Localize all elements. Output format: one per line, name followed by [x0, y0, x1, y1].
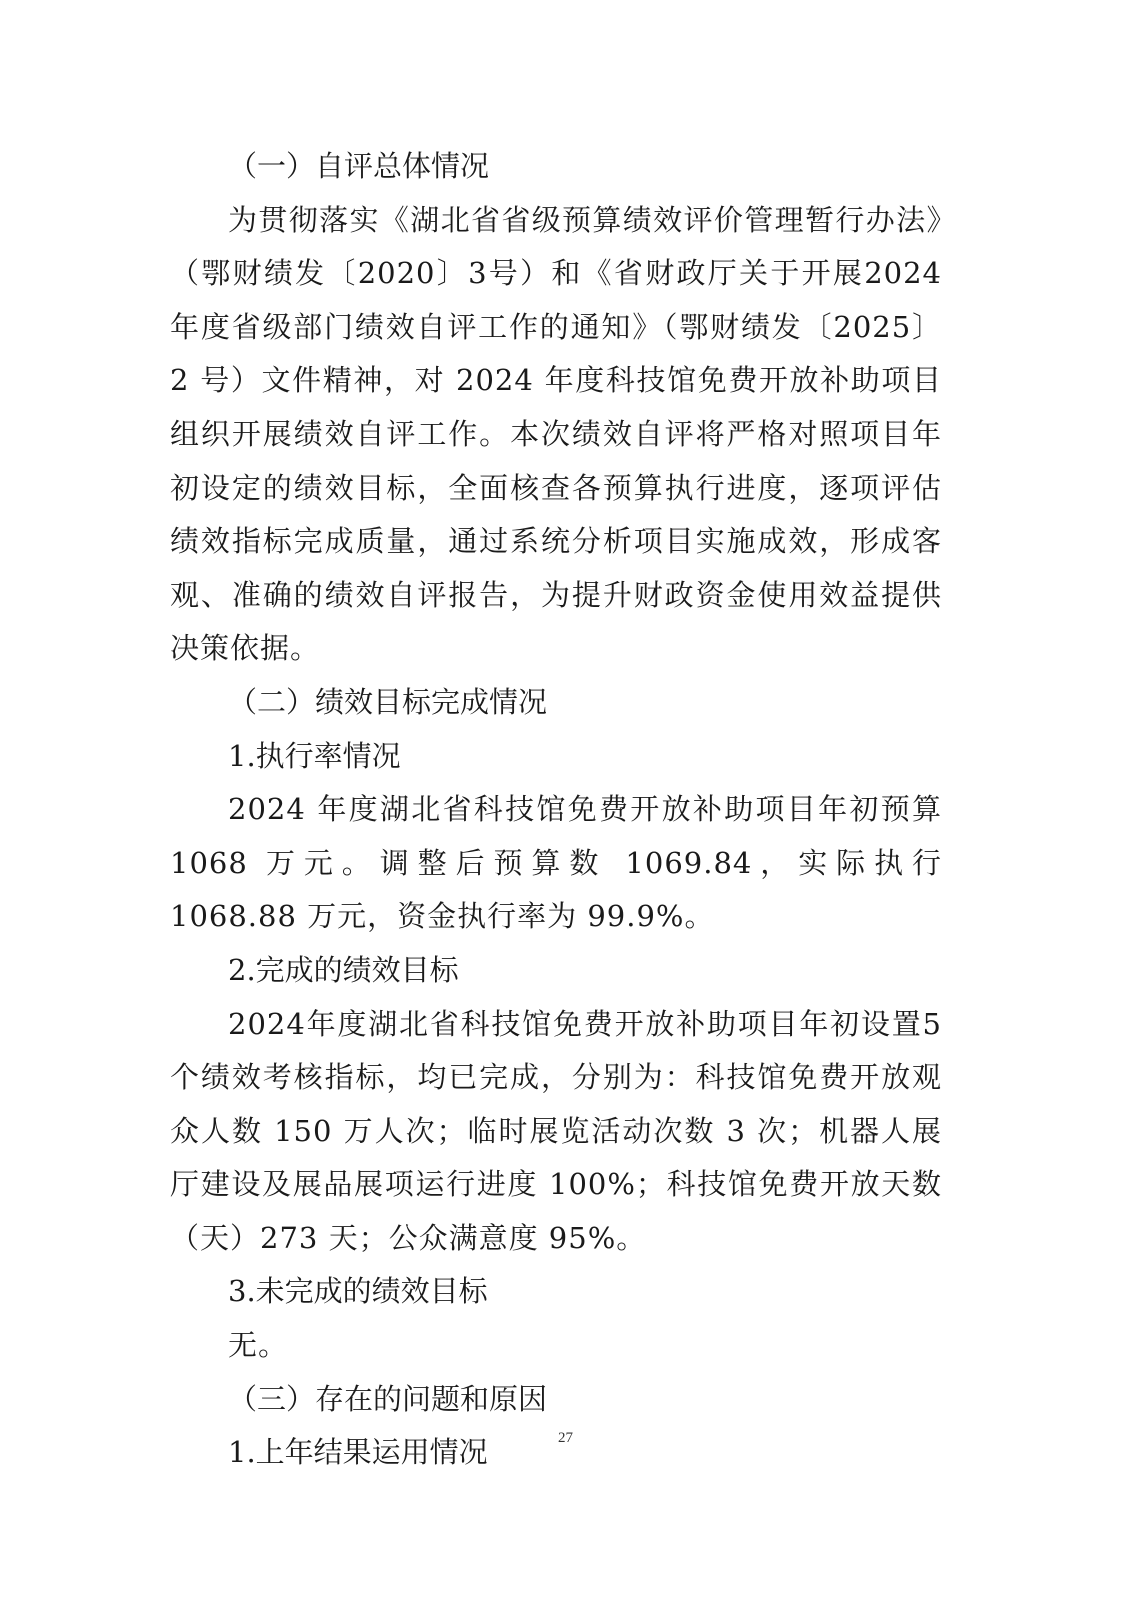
document-page: （一）自评总体情况 为贯彻落实《湖北省省级预算绩效评价管理暂行办法》（鄂财绩发〔…	[170, 140, 942, 1480]
section-heading-self-evaluation: （一）自评总体情况	[170, 140, 942, 194]
subheading-uncompleted-goals: 3.未完成的绩效目标	[170, 1265, 942, 1319]
page-number: 27	[0, 1430, 1131, 1447]
paragraph-uncompleted-goals: 无。	[170, 1319, 942, 1373]
subheading-completed-goals: 2.完成的绩效目标	[170, 944, 942, 998]
section-heading-problems: （三）存在的问题和原因	[170, 1373, 942, 1427]
paragraph-execution-rate: 2024 年度湖北省科技馆免费开放补助项目年初预算1068 万元。调整后预算数 …	[170, 783, 942, 944]
paragraph-self-evaluation: 为贯彻落实《湖北省省级预算绩效评价管理暂行办法》（鄂财绩发〔2020〕3号）和《…	[170, 194, 942, 676]
paragraph-completed-goals: 2024年度湖北省科技馆免费开放补助项目年初设置5个绩效考核指标，均已完成，分别…	[170, 998, 942, 1266]
section-heading-goal-completion: （二）绩效目标完成情况	[170, 676, 942, 730]
subheading-execution-rate: 1.执行率情况	[170, 730, 942, 784]
